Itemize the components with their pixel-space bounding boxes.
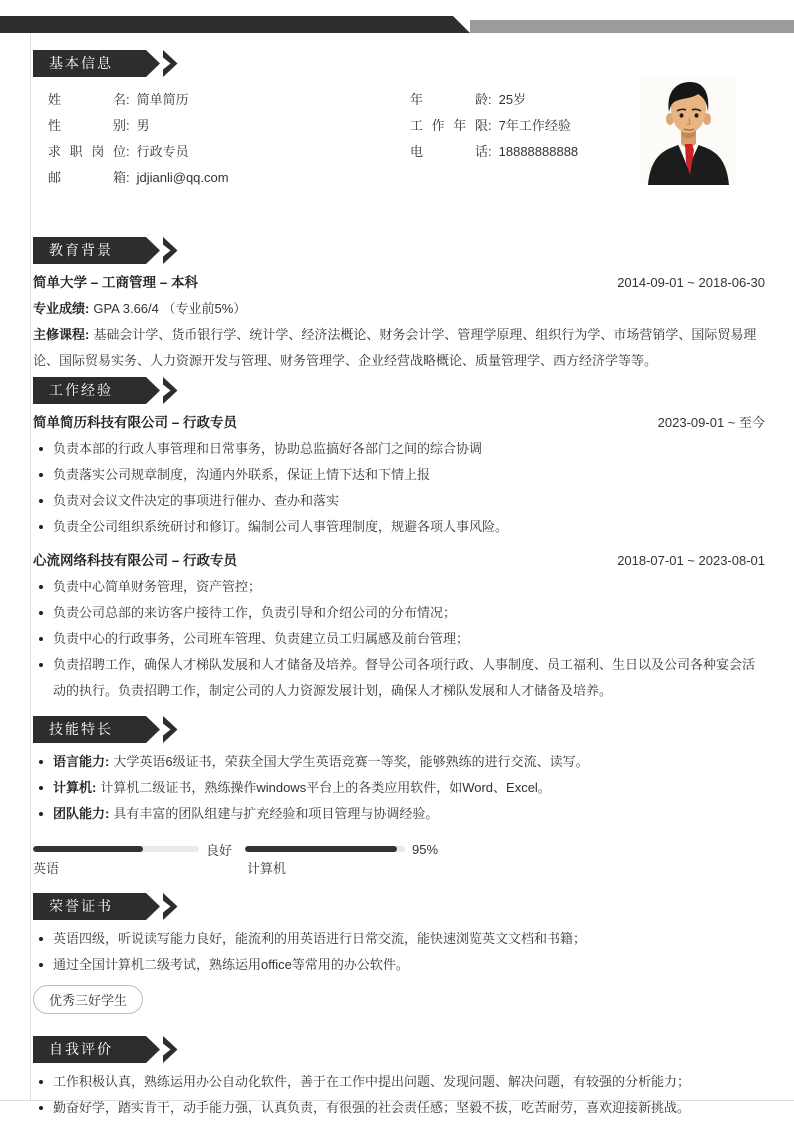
arrow-right-icon [163, 893, 181, 920]
arrow-right-icon [163, 237, 181, 264]
bullet-dot-icon [39, 499, 43, 503]
skill-text: 具有丰富的团队组建与扩充经验和项目管理与协调经验。 [113, 806, 438, 821]
bullet-dot-icon [39, 812, 43, 816]
courses-label: 主修课程: [33, 327, 89, 342]
section-header-skills: 技能特长 [33, 716, 765, 743]
left-rule [30, 33, 31, 1100]
skill-bars: 良好 95% [33, 841, 765, 857]
skill-label: 语言能力: [53, 754, 109, 769]
resume-page: 基本信息 姓名:简单简历 年龄:25岁 性别:男 工作年限:7年工作经验 求职岗… [0, 0, 794, 1123]
section-title: 技能特长 [49, 721, 113, 737]
bullet-dot-icon [39, 447, 43, 451]
job-bullet: 负责全公司组织系统研讨和修订。编制公司人事管理制度，规避各项人事风险。 [33, 514, 765, 540]
section-title: 教育背景 [49, 242, 113, 258]
colon: : [126, 170, 130, 185]
section-flag: 荣誉证书 [33, 893, 160, 920]
colon: : [488, 92, 492, 107]
honor-bullet: 通过全国计算机二级考试，熟练运用office等常用的办公软件。 [33, 952, 765, 978]
field-label: 电话 [410, 139, 488, 165]
basic-info-grid: 姓名:简单简历 年龄:25岁 性别:男 工作年限:7年工作经验 求职岗位:行政专… [33, 87, 765, 191]
education-gpa-line: 专业成绩:GPA 3.66/4 （专业前5%） [33, 296, 765, 322]
bullet-dot-icon [39, 637, 43, 641]
section-title: 基本信息 [49, 55, 113, 71]
bullet-text: 负责本部的行政人事管理和日常事务，协助总监搞好各部门之间的综合协调 [53, 436, 765, 462]
job-header: 心流网络科技有限公司 – 行政专员 2018-07-01 ~ 2023-08-0… [33, 548, 765, 574]
honor-bullet: 英语四级，听说读写能力良好，能流利的用英语进行日常交流，能快速浏览英文文档和书籍… [33, 926, 765, 952]
section-title: 荣誉证书 [49, 898, 113, 914]
gpa-label: 专业成绩: [33, 301, 89, 316]
job-bullet: 负责本部的行政人事管理和日常事务，协助总监搞好各部门之间的综合协调 [33, 436, 765, 462]
honor-tag: 优秀三好学生 [33, 985, 143, 1014]
company-title: 简单简历科技有限公司 – 行政专员 [33, 410, 658, 436]
bullet-text: 负责公司总部的来访客户接待工作，负责引导和介绍公司的分布情况； [53, 600, 765, 626]
bullet-dot-icon [39, 525, 43, 529]
field-value-phone: 18888888888 [499, 144, 579, 159]
bullet-text: 负责对会议文件决定的事项进行催办、查办和落实 [53, 488, 765, 514]
bullet-text: 负责中心简单财务管理，资产管控； [53, 574, 765, 600]
bullet-dot-icon [39, 937, 43, 941]
section-flag: 自我评价 [33, 1036, 160, 1063]
field-label: 工作年限 [410, 113, 488, 139]
arrow-right-icon [163, 1036, 181, 1063]
school-degree: 简单大学 – 工商管理 – 本科 [33, 270, 617, 296]
bullet-dot-icon [39, 963, 43, 967]
field-value-email: jdjianli@qq.com [137, 170, 229, 185]
field-value-gender: 男 [137, 118, 150, 133]
bullet-dot-icon [39, 786, 43, 790]
bullet-text: 通过全国计算机二级考试，熟练运用office等常用的办公软件。 [53, 952, 765, 978]
field-label: 邮箱 [48, 165, 126, 191]
section-header-evaluation: 自我评价 [33, 1036, 765, 1063]
gpa-value: GPA 3.66/4 （专业前5%） [93, 301, 246, 316]
bullet-dot-icon [39, 611, 43, 615]
bullet-dot-icon [39, 1106, 43, 1110]
company-title: 心流网络科技有限公司 – 行政专员 [33, 548, 617, 574]
skill-bar-name: 英语 [33, 859, 247, 879]
info-row: 性别:男 工作年限:7年工作经验 [48, 113, 765, 139]
bullet-text: 英语四级，听说读写能力良好，能流利的用英语进行日常交流，能快速浏览英文文档和书籍… [53, 926, 765, 952]
job-bullet: 负责落实公司规章制度，沟通内外联系，保证上情下达和下情上报 [33, 462, 765, 488]
job-bullet: 负责中心的行政事务，公司班车管理、负责建立员工归属感及前台管理； [33, 626, 765, 652]
skill-text: 大学英语6级证书，荣获全国大学生英语竞赛一等奖，能够熟练的进行交流、读写。 [113, 754, 588, 769]
bullet-dot-icon [39, 585, 43, 589]
bullet-text: 负责中心的行政事务，公司班车管理、负责建立员工归属感及前台管理； [53, 626, 765, 652]
resume-content: 基本信息 姓名:简单简历 年龄:25岁 性别:男 工作年限:7年工作经验 求职岗… [33, 50, 765, 1121]
bullet-text: 工作积极认真，熟练运用办公自动化软件，善于在工作中提出问题、发现问题、解决问题，… [53, 1069, 765, 1095]
section-title: 工作经验 [49, 382, 113, 398]
colon: : [126, 92, 130, 107]
job-date-range: 2023-09-01 ~ 至今 [658, 410, 765, 436]
skill-bar-name: 计算机 [247, 859, 286, 879]
job-bullet: 负责公司总部的来访客户接待工作，负责引导和介绍公司的分布情况； [33, 600, 765, 626]
skill-bullet: 计算机:计算机二级证书，熟练操作windows平台上的各类应用软件，如Word、… [33, 775, 765, 801]
section-flag: 教育背景 [33, 237, 160, 264]
bullet-dot-icon [39, 1080, 43, 1084]
courses-text: 基础会计学、货币银行学、统计学、经济法概论、财务会计学、管理学原理、组织行为学、… [33, 327, 756, 368]
bullet-text: 勤奋好学，踏实肯干，动手能力强，认真负责，有很强的社会责任感；坚毅不拔，吃苦耐劳… [53, 1095, 765, 1121]
bullet-dot-icon [39, 663, 43, 667]
job-bullet: 负责中心简单财务管理，资产管控； [33, 574, 765, 600]
field-value-experience-years: 7年工作经验 [499, 118, 571, 133]
skill-text: 计算机二级证书，熟练操作windows平台上的各类应用软件，如Word、Exce… [100, 780, 550, 795]
section-header-education: 教育背景 [33, 237, 765, 264]
bullet-dot-icon [39, 473, 43, 477]
skill-label: 团队能力: [53, 806, 109, 821]
info-row: 邮箱:jdjianli@qq.com [48, 165, 765, 191]
info-row: 求职岗位:行政专员 电话:18888888888 [48, 139, 765, 165]
section-flag: 工作经验 [33, 377, 160, 404]
arrow-right-icon [163, 716, 181, 743]
skill-bullet: 团队能力:具有丰富的团队组建与扩充经验和项目管理与协调经验。 [33, 801, 765, 827]
field-label: 求职岗位 [48, 139, 126, 165]
field-label: 姓名 [48, 87, 126, 113]
skill-bar-labels: 英语 计算机 [33, 859, 765, 879]
colon: : [488, 118, 492, 133]
skill-bar-english [33, 846, 199, 852]
bullet-text: 负责全公司组织系统研讨和修订。编制公司人事管理制度，规避各项人事风险。 [53, 514, 765, 540]
field-value-age: 25岁 [499, 92, 526, 107]
top-ribbon-dark [0, 16, 470, 33]
job-bullet: 负责招聘工作，确保人才梯队发展和人才储备及培养。督导公司各项行政、人事制度、员工… [33, 652, 765, 704]
field-value-position: 行政专员 [137, 144, 189, 159]
skill-bar-fill [245, 846, 397, 852]
colon: : [126, 118, 130, 133]
job-bullet: 负责对会议文件决定的事项进行催办、查办和落实 [33, 488, 765, 514]
skill-bar-caption: 95% [412, 842, 438, 857]
section-title: 自我评价 [49, 1041, 113, 1057]
skill-bullet: 语言能力:大学英语6级证书，荣获全国大学生英语竞赛一等奖，能够熟练的进行交流、读… [33, 749, 765, 775]
evaluation-bullet: 勤奋好学，踏实肯干，动手能力强，认真负责，有很强的社会责任感；坚毅不拔，吃苦耐劳… [33, 1095, 765, 1121]
skill-bar-computer [245, 846, 405, 852]
education-date-range: 2014-09-01 ~ 2018-06-30 [617, 270, 765, 296]
education-courses-line: 主修课程:基础会计学、货币银行学、统计学、经济法概论、财务会计学、管理学原理、组… [33, 322, 765, 374]
section-header-experience: 工作经验 [33, 377, 765, 404]
arrow-right-icon [163, 50, 181, 77]
evaluation-bullet: 工作积极认真，熟练运用办公自动化软件，善于在工作中提出问题、发现问题、解决问题，… [33, 1069, 765, 1095]
section-header-basic-info: 基本信息 [33, 50, 765, 77]
info-row: 姓名:简单简历 年龄:25岁 [48, 87, 765, 113]
bullet-text: 负责落实公司规章制度，沟通内外联系，保证上情下达和下情上报 [53, 462, 765, 488]
top-ribbon-gray [470, 20, 794, 33]
section-flag: 基本信息 [33, 50, 160, 77]
education-entry-header: 简单大学 – 工商管理 – 本科 2014-09-01 ~ 2018-06-30 [33, 270, 765, 296]
skill-label: 计算机: [53, 780, 96, 795]
job-date-range: 2018-07-01 ~ 2023-08-01 [617, 548, 765, 574]
field-value-name: 简单简历 [137, 92, 189, 107]
skill-bar-fill [33, 846, 143, 852]
arrow-right-icon [163, 377, 181, 404]
colon: : [126, 144, 130, 159]
job-header: 简单简历科技有限公司 – 行政专员 2023-09-01 ~ 至今 [33, 410, 765, 436]
skill-bar-caption: 良好 [206, 840, 232, 859]
bullet-text: 负责招聘工作，确保人才梯队发展和人才储备及培养。督导公司各项行政、人事制度、员工… [53, 652, 765, 704]
colon: : [488, 144, 492, 159]
bullet-dot-icon [39, 760, 43, 764]
field-label: 年龄 [410, 87, 488, 113]
section-header-honors: 荣誉证书 [33, 893, 765, 920]
section-flag: 技能特长 [33, 716, 160, 743]
field-label: 性别 [48, 113, 126, 139]
